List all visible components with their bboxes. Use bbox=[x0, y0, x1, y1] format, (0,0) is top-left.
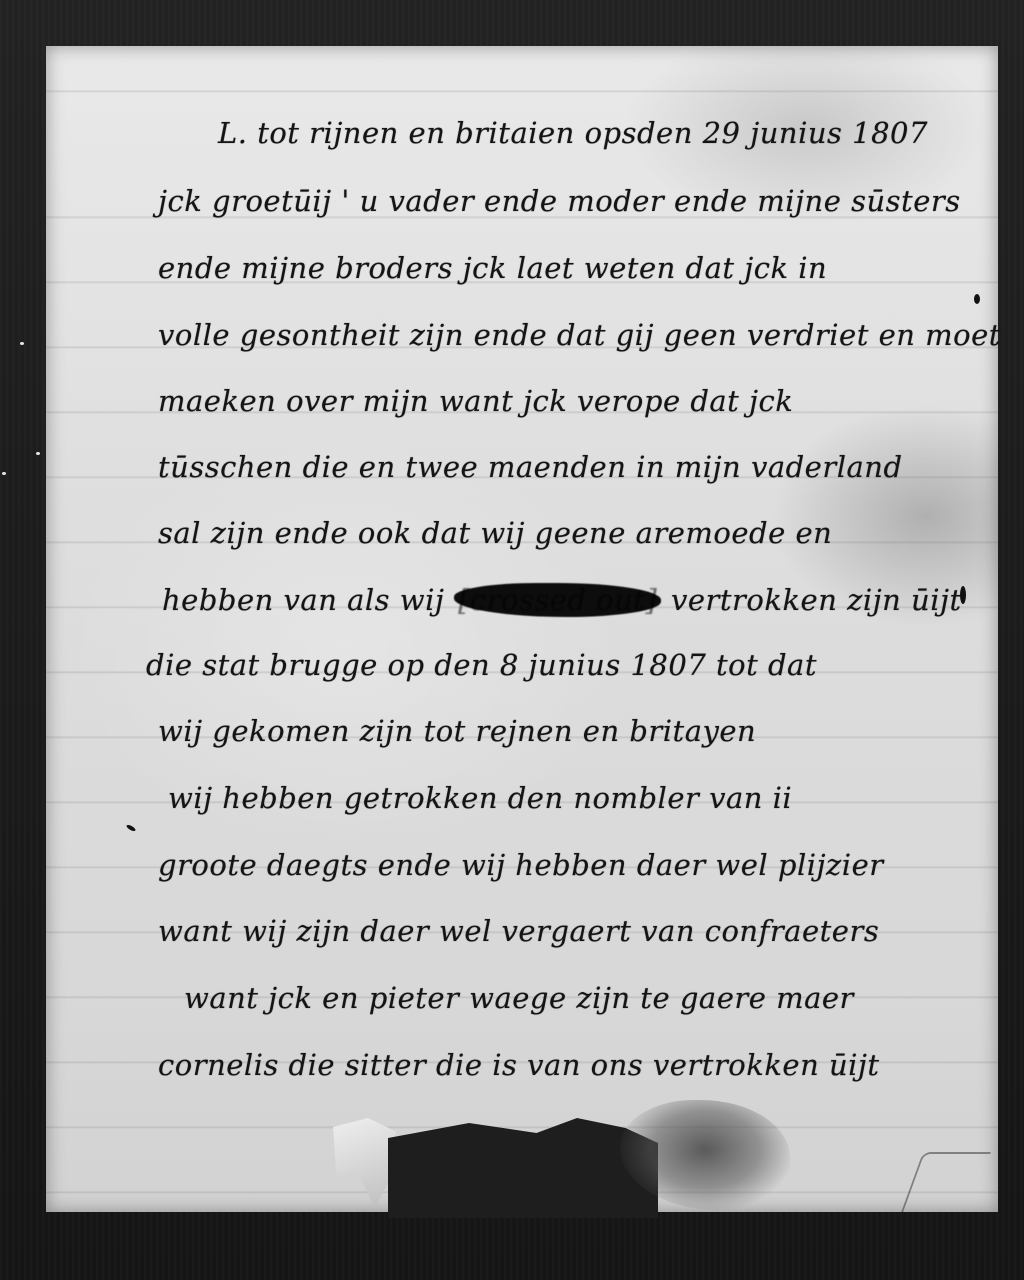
letter-line-3: ende mijne broders jck laet weten dat jc… bbox=[158, 251, 827, 285]
letter-paper: L. tot rijnen en britaien opsden 29 juni… bbox=[46, 46, 998, 1212]
letter-line-11: wij hebben getrokken den nombler van ii bbox=[168, 781, 792, 815]
ink-mark bbox=[960, 586, 966, 604]
crossed-out-word: [crossed out] bbox=[454, 583, 661, 617]
letter-line-13: want wij zijn daer wel vergaert van conf… bbox=[158, 914, 879, 948]
letter-line-8-end: vertrokken zijn ūijt bbox=[671, 583, 962, 617]
letter-line-7: sal zijn ende ook dat wij geene aremoede… bbox=[158, 516, 832, 550]
letter-line-12: groote daegts ende wij hebben daer wel p… bbox=[158, 848, 884, 882]
letter-line-6: tūsschen die en twee maenden in mijn vad… bbox=[158, 450, 903, 484]
letter-line-8-start: hebben van als wij bbox=[162, 583, 444, 617]
letter-line-4: volle gesontheit zijn ende dat gij geen … bbox=[158, 318, 1001, 352]
ink-mark bbox=[974, 294, 980, 304]
letter-line-5: maeken over mijn want jck verope dat jck bbox=[158, 384, 793, 418]
letter-line-2: jck groetūij ' u vader ende moder ende m… bbox=[158, 184, 961, 218]
letter-line-15: cornelis die sitter die is van ons vertr… bbox=[158, 1048, 880, 1082]
letter-line-8: hebben van als wij [crossed out] vertrok… bbox=[162, 583, 962, 617]
letter-line-14: want jck en pieter waege zijn te gaere m… bbox=[184, 981, 854, 1015]
torn-bottom-edge bbox=[388, 1118, 658, 1218]
dust-speck bbox=[36, 452, 40, 455]
letter-line-9: die stat brugge op den 8 junius 1807 tot… bbox=[146, 648, 817, 682]
dust-speck bbox=[20, 342, 24, 345]
letter-line-10: wij gekomen zijn tot rejnen en britayen bbox=[158, 714, 756, 748]
letter-line-1: L. tot rijnen en britaien opsden 29 juni… bbox=[218, 116, 928, 150]
scanned-letter-page: L. tot rijnen en britaien opsden 29 juni… bbox=[0, 0, 1024, 1280]
dust-speck bbox=[2, 472, 6, 475]
letter-body: L. tot rijnen en britaien opsden 29 juni… bbox=[46, 46, 998, 1212]
